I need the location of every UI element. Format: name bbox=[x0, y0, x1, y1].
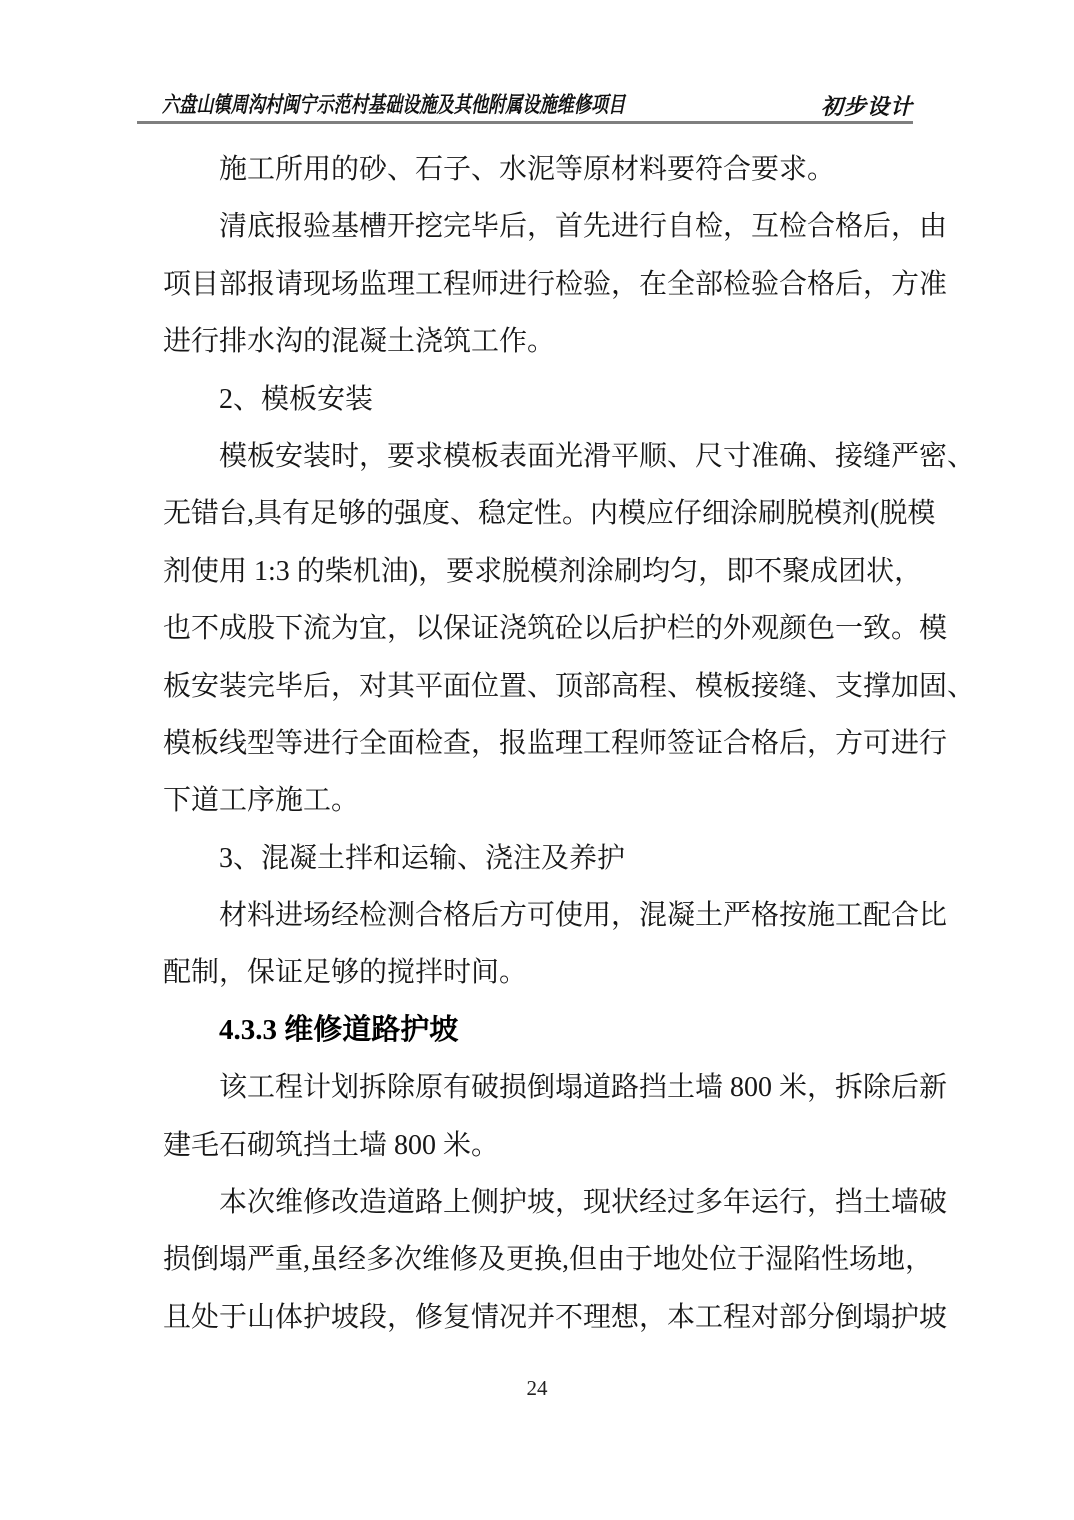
body-line: 板安装完毕后，对其平面位置、顶部高程、模板接缝、支撑加固、 bbox=[163, 658, 913, 715]
body-line: 模板安装时，要求模板表面光滑平顺、尺寸准确、接缝严密、 bbox=[163, 428, 913, 485]
body-line: 本次维修改造道路上侧护坡，现状经过多年运行，挡土墙破 bbox=[163, 1174, 913, 1231]
body-line: 下道工序施工。 bbox=[163, 772, 913, 829]
body-line: 该工程计划拆除原有破损倒塌道路挡土墙 800 米，拆除后新 bbox=[163, 1059, 913, 1116]
list-item-3-concrete: 3、混凝土拌和运输、浇注及养护 bbox=[163, 830, 913, 887]
body-line: 无错台,具有足够的强度、稳定性。内模应仔细涂刷脱模剂(脱模 bbox=[163, 485, 913, 542]
body-line: 清底报验基槽开挖完毕后，首先进行自检，互检合格后，由 bbox=[163, 198, 913, 255]
body-line: 也不成股下流为宜，以保证浇筑砼以后护栏的外观颜色一致。模 bbox=[163, 600, 913, 657]
body-line: 且处于山体护坡段，修复情况并不理想，本工程对部分倒塌护坡 bbox=[163, 1289, 913, 1346]
body-line: 损倒塌严重,虽经多次维修及更换,但由于地处位于湿陷性场地， bbox=[163, 1231, 913, 1288]
page-number: 24 bbox=[0, 1376, 1074, 1401]
body-line: 施工所用的砂、石子、水泥等原材料要符合要求。 bbox=[163, 141, 913, 198]
body-line: 项目部报请现场监理工程师进行检验，在全部检验合格后，方准 bbox=[163, 256, 913, 313]
body-line: 配制，保证足够的搅拌时间。 bbox=[163, 944, 913, 1001]
document-page: 六盘山镇周沟村闽宁示范村基础设施及其他附属设施维修项目 初步设计 施工所用的砂、… bbox=[0, 0, 1074, 1520]
list-item-2-formwork: 2、模板安装 bbox=[163, 371, 913, 428]
header-project-title: 六盘山镇周沟村闽宁示范村基础设施及其他附属设施维修项目 bbox=[162, 88, 625, 119]
body-line: 剂使用 1:3 的柴机油)，要求脱模剂涂刷均匀，即不聚成团状， bbox=[163, 543, 913, 600]
section-heading-4-3-3: 4.3.3 维修道路护坡 bbox=[163, 1002, 913, 1059]
document-body: 施工所用的砂、石子、水泥等原材料要符合要求。 清底报验基槽开挖完毕后，首先进行自… bbox=[163, 141, 913, 1346]
body-line: 模板线型等进行全面检查，报监理工程师签证合格后，方可进行 bbox=[163, 715, 913, 772]
header-doc-type: 初步设计 bbox=[821, 90, 913, 121]
body-line: 材料进场经检测合格后方可使用，混凝土严格按施工配合比 bbox=[163, 887, 913, 944]
header-rule bbox=[137, 121, 913, 124]
body-line: 建毛石砌筑挡土墙 800 米。 bbox=[163, 1117, 913, 1174]
body-line: 进行排水沟的混凝土浇筑工作。 bbox=[163, 313, 913, 370]
